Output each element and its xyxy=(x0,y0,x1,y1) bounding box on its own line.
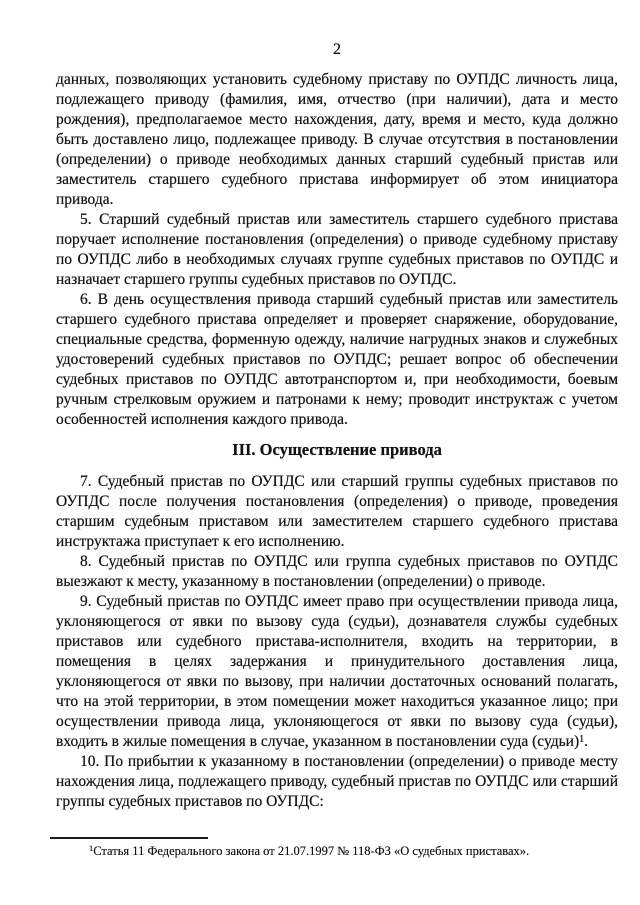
footnote-text: Статья 11 Федерального закона от 21.07.1… xyxy=(93,844,529,858)
paragraph-9-tail: . xyxy=(584,733,588,750)
footnote-number: 1 xyxy=(89,843,93,853)
paragraph-5: 5. Старший судебный пристав или заместит… xyxy=(56,210,618,290)
footnote: 1Статья 11 Федерального закона от 21.07.… xyxy=(56,843,618,859)
footnote-separator-rule xyxy=(50,837,208,839)
document-page: 2 данных, позволяющих установить судебно… xyxy=(0,0,640,905)
page-number: 2 xyxy=(56,40,618,60)
paragraph-7: 7. Судебный пристав по ОУПДС или старший… xyxy=(56,472,618,552)
section-heading: III. Осуществление привода xyxy=(56,440,618,460)
paragraph-10: 10. По прибытии к указанному в постановл… xyxy=(56,752,618,812)
paragraph-8: 8. Судебный пристав по ОУПДС или группа … xyxy=(56,552,618,592)
document-body: данных, позволяющих установить судебному… xyxy=(56,70,618,812)
paragraph-4-continuation: данных, позволяющих установить судебному… xyxy=(56,70,618,210)
footnote-reference-marker: 1 xyxy=(579,734,584,745)
paragraph-6: 6. В день осуществления привода старший … xyxy=(56,290,618,430)
paragraph-9-text: 9. Судебный пристав по ОУПДС имеет право… xyxy=(56,593,618,750)
paragraph-9: 9. Судебный пристав по ОУПДС имеет право… xyxy=(56,592,618,752)
